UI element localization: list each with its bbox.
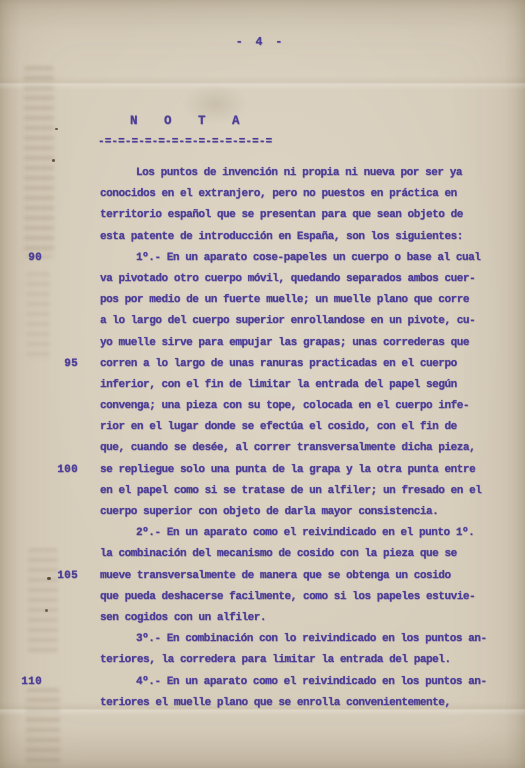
text-line: inferior, con el fin de limitar la entra…	[100, 375, 500, 396]
margin-line-number: 90	[2, 248, 42, 269]
margin-line-number: 100	[38, 460, 78, 481]
line-text: va pivotado otro cuerpo móvil, quedando …	[100, 273, 475, 285]
bleedthrough-ghost-text	[26, 688, 60, 766]
text-line: en el papel como si se tratase de un alf…	[100, 481, 500, 502]
text-line: rior en el lugar donde se efectúa el cos…	[100, 417, 500, 438]
text-line: teriores, la corredera para limitar la e…	[100, 650, 500, 671]
margin-line-number: 95	[38, 354, 78, 375]
line-text: rior en el lugar donde se efectúa el cos…	[100, 421, 457, 433]
line-text: teriores, la corredera para limitar la e…	[100, 654, 451, 666]
line-text: sen cogidos con un alfiler.	[100, 612, 266, 624]
line-text: corren a lo largo de unas ranuras practi…	[100, 358, 457, 370]
text-line: 105mueve transversalmente de manera que …	[100, 566, 500, 587]
text-line: Los puntos de invención ni propia ni nue…	[100, 163, 500, 184]
paper-crease	[0, 76, 525, 90]
margin-line-number: 105	[38, 566, 78, 587]
line-text: cuerpo superior con objeto de darla mayo…	[100, 506, 438, 518]
ink-speck	[52, 159, 55, 162]
line-text: 3º.- En combinación con lo reivindicado …	[136, 633, 487, 645]
text-line: pos por medio de un fuerte muelle; un mu…	[100, 290, 500, 311]
text-line: a lo largo del cuerpo superior enrolland…	[100, 311, 500, 332]
text-line: que pueda deshacerse facilmente, como si…	[100, 587, 500, 608]
line-text: inferior, con el fin de limitar la entra…	[100, 379, 457, 391]
text-line: va pivotado otro cuerpo móvil, quedando …	[100, 269, 500, 290]
text-line: 100se repliegue solo una punta de la gra…	[100, 460, 500, 481]
text-line: conocidos en el extranjero, pero no pues…	[100, 184, 500, 205]
text-line: yo muelle sirve para empujar las grapas;…	[100, 333, 500, 354]
document-page: - 4 - N O T A -=-=-=-=-=-=-=-=-=-=-=-=-=…	[0, 0, 525, 768]
line-text: pos por medio de un fuerte muelle; un mu…	[100, 294, 469, 306]
ink-speck	[45, 609, 48, 612]
text-line: 3º.- En combinación con lo reivindicado …	[100, 629, 500, 650]
line-text: 1º.- En un aparato cose-papeles un cuerp…	[136, 252, 480, 264]
text-line: teriores el muelle plano que se enrolla …	[100, 693, 500, 714]
ink-speck	[55, 128, 58, 130]
note-heading: N O T A	[130, 114, 249, 128]
bleedthrough-ghost-text	[26, 272, 50, 360]
line-text: convenga; una pieza con su tope, colocad…	[100, 400, 469, 412]
line-text: conocidos en el extranjero, pero no pues…	[100, 188, 457, 200]
line-text: se repliegue solo una punta de la grapa …	[100, 464, 475, 476]
line-text: a lo largo del cuerpo superior enrolland…	[100, 315, 475, 327]
text-line: sen cogidos con un alfiler.	[100, 608, 500, 629]
bleedthrough-ghost-text	[24, 66, 54, 258]
text-line: que, cuando se desée, al correr transver…	[100, 438, 500, 459]
text-line: 95corren a lo largo de unas ranuras prac…	[100, 354, 500, 375]
text-line: territorio español que se presentan para…	[100, 205, 500, 226]
heading-underline: -=-=-=-=-=-=-=-=-=-=-=-=-=	[98, 136, 272, 148]
bleedthrough-ghost-text	[28, 548, 58, 654]
line-text: esta patente de introducción en España, …	[100, 231, 463, 243]
line-text: la combinación del mecanismo de cosido c…	[100, 548, 457, 560]
line-text: territorio español que se presentan para…	[100, 209, 463, 221]
text-line: la combinación del mecanismo de cosido c…	[100, 544, 500, 565]
line-text: 2º.- En un aparato como el reivindicado …	[136, 527, 474, 539]
text-line: 901º.- En un aparato cose-papeles un cue…	[100, 248, 500, 269]
line-text: mueve transversalmente de manera que se …	[100, 570, 451, 582]
text-line: 1104º.- En un aparato como el reivindica…	[100, 672, 500, 693]
line-text: Los puntos de invención ni propia ni nue…	[136, 167, 462, 179]
line-text: yo muelle sirve para empujar las grapas;…	[100, 337, 469, 349]
line-text: que pueda deshacerse facilmente, como si…	[100, 591, 475, 603]
line-text: 4º.- En un aparato como el reivindicado …	[136, 676, 487, 688]
line-text: en el papel como si se tratase de un alf…	[100, 485, 481, 497]
line-text: que, cuando se desée, al correr transver…	[100, 442, 475, 454]
margin-line-number: 110	[2, 672, 42, 693]
text-line: convenga; una pieza con su tope, colocad…	[100, 396, 500, 417]
page-number: - 4 -	[0, 36, 521, 49]
text-line: cuerpo superior con objeto de darla mayo…	[100, 502, 500, 523]
line-text: teriores el muelle plano que se enrolla …	[100, 697, 451, 709]
text-line: 2º.- En un aparato como el reivindicado …	[100, 523, 500, 544]
body-text: Los puntos de invención ni propia ni nue…	[100, 163, 500, 714]
text-line: esta patente de introducción en España, …	[100, 227, 500, 248]
